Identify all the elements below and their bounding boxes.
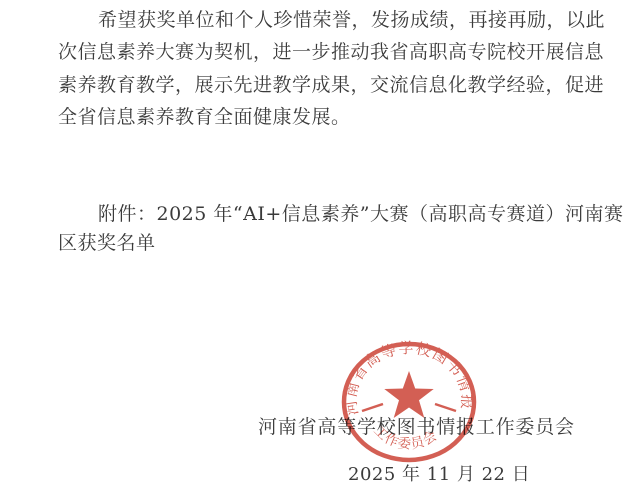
body-line-1: 希望获奖单位和个人珍惜荣誉，发扬成绩，再接再励，以此 xyxy=(58,4,590,36)
body-line-3: 素养教育教学，展示先进教学成果，交流信息化教学经验，促进 xyxy=(58,69,590,101)
attachment-line-2: 区获奖名单 xyxy=(58,229,590,258)
seal-left-dash xyxy=(362,404,383,411)
official-seal-stamp: 河南省高等学校图书情报 工作委员会 xyxy=(339,340,479,466)
body-line-4: 全省信息素养教育全面健康发展。 xyxy=(58,101,590,133)
seal-top-arc-text: 河南省高等学校图书情报 xyxy=(341,340,476,417)
seal-ring xyxy=(344,344,474,460)
seal-graphic: 河南省高等学校图书情报 工作委员会 xyxy=(339,340,479,466)
body-paragraph: 希望获奖单位和个人珍惜荣誉，发扬成绩，再接再励，以此 次信息素养大赛为契机，进一… xyxy=(58,4,590,133)
issuer-signature: 河南省高等学校图书情报工作委员会 xyxy=(258,412,575,439)
seal-right-dash xyxy=(435,404,456,411)
document-page: 希望获奖单位和个人珍惜荣誉，发扬成绩，再接再励，以此 次信息素养大赛为契机，进一… xyxy=(0,0,625,504)
attachment-paragraph: 附件：2025 年“AI+信息素养”大赛（高职高专赛道）河南赛 区获奖名单 xyxy=(58,200,590,257)
body-line-2: 次信息素养大赛为契机，进一步推动我省高职高专院校开展信息 xyxy=(58,36,590,68)
attachment-line-1: 附件：2025 年“AI+信息素养”大赛（高职高专赛道）河南赛 xyxy=(58,200,590,229)
seal-star-icon xyxy=(384,371,433,418)
document-date: 2025 年 11 月 22 日 xyxy=(348,460,530,486)
